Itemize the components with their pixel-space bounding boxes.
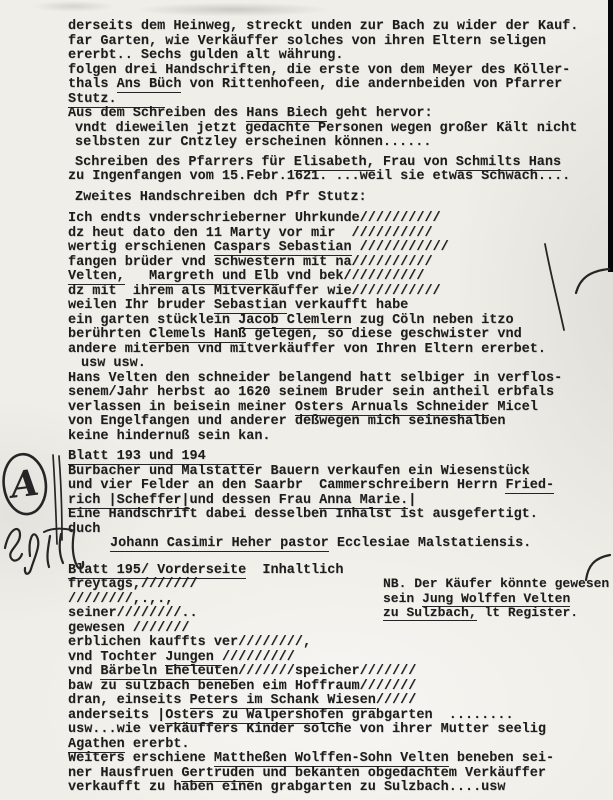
text-run: Aus dem Schreiben des: [68, 106, 246, 121]
document-line: keine hindernuß sein kan.: [68, 430, 608, 445]
document-line: Stutz.: [68, 93, 608, 108]
text-run: Ecclesiae Malstatiensis.: [329, 536, 532, 551]
document-line: andere miterben vnd mitverkäuffer von Ih…: [68, 343, 608, 358]
document-line: ein garten stücklein Jacob Clemlern zug …: [68, 314, 608, 329]
text-run: sein: [383, 591, 422, 606]
document-line: Agathen ererbt.: [68, 738, 608, 753]
document-line: usw usw.: [81, 357, 608, 372]
document-line: berührten Clemels Hanß gelegen, so diese…: [68, 328, 608, 343]
document-line: selbsten zur Cntzley erscheinen können..…: [75, 136, 608, 151]
text-run: anderseits |: [68, 708, 165, 723]
margin-emphasis-strokes: [48, 452, 66, 548]
document-line: Zweites Handschreiben dch Pfr Stutz:: [75, 191, 608, 206]
text-run: Inhaltlich: [246, 563, 343, 578]
text-run: dz mit ihrem als Mitverkäuffer wie//////…: [68, 284, 441, 299]
nb-note: NB. Der Käufer könnte gewesensein Jung W…: [383, 577, 609, 621]
text-run: geht hervor:: [327, 106, 432, 121]
text-run: far Garten, wie Verkäuffer solches von i…: [68, 34, 546, 49]
text-run: gewesen ///////: [68, 621, 190, 636]
text-run: berührten: [68, 327, 149, 342]
text-run: zu Ingenfangen vom 15.Febr.1621. ...weil…: [68, 169, 570, 184]
text-run: /////////: [222, 650, 295, 665]
document-line: dz mit ihrem als Mitverkäuffer wie//////…: [68, 285, 608, 300]
document-line: far Garten, wie Verkäuffer solches von i…: [68, 35, 608, 50]
text-run: und vier Felder an den Saarbr Cammerschr…: [68, 478, 505, 493]
text-run: Burbacher und Malstatter Bauern verkaufe…: [68, 464, 530, 479]
handwritten-scribble: [0, 512, 88, 576]
text-run: dz heut dato den 11 Marty vor mir //////…: [68, 226, 433, 241]
text-run: ner Hausfruen: [68, 766, 181, 781]
text-run: usw...wie verkäuffers Kinder solche von …: [68, 722, 546, 737]
text-run: und dessen Frau: [190, 493, 320, 508]
document-line: sein Jung Wolffen Velten: [383, 592, 609, 607]
text-run: gelegen, so diese geschwister vnd: [246, 327, 521, 342]
document-line: verlassen in beisein meiner Osters Arnua…: [68, 401, 608, 416]
underlined-text: Johann Casimir Heher pastor: [110, 536, 329, 552]
text-run: vnd Tochter: [68, 650, 165, 665]
text-run: ein garten stücklein: [68, 313, 238, 328]
text-run: baw zu sulzbach beneben eim Hoffraum////…: [68, 679, 416, 694]
document-line: Weiters erschiene Mattheßen Wolffen-Sohn…: [68, 752, 608, 767]
document-line: fangen brüder vnd schwestern mit na/////…: [68, 256, 608, 271]
document-line: verkaufft zu haben einen grabgarten zu S…: [68, 781, 608, 796]
document-line: vnd Tochter Jungen /////////: [68, 651, 608, 666]
document-line: rich |Scheffer|und dessen Frau Anna Mari…: [68, 494, 608, 509]
stray-pen-stroke: [538, 240, 570, 336]
text-run: Micel: [489, 400, 538, 415]
scanned-page: derseits dem Heinweg, streckt unden zur …: [0, 0, 613, 800]
text-run: grabgarten ........: [343, 708, 513, 723]
document-line: duch: [68, 523, 608, 538]
text-run: verkaufft zu haben einen grabgarten zu S…: [68, 780, 505, 795]
document-body: derseits dem Heinweg, streckt unden zur …: [68, 20, 608, 796]
document-line: von Engelfangen und anderer deßwegen mic…: [68, 415, 608, 430]
document-line: Hans Velten den schneider belangend hatt…: [68, 372, 608, 387]
text-run: vndt dieweilen jetzt gedachte Personen w…: [75, 121, 577, 136]
scan-curve-mark-upper: [572, 262, 612, 298]
scan-edge-artifact: [608, 0, 613, 272]
document-line: anderseits |Osters zu Walpershofen grabg…: [68, 709, 608, 724]
document-line: Velten, Margreth und Elb vnd bek////////…: [68, 270, 608, 285]
document-line: Eine Handschrift dabei desselben Inhalst…: [68, 508, 608, 523]
document-line: usw...wie verkäuffers Kinder solche von …: [68, 723, 608, 738]
document-line: Ich endts vnderschrieberner Uhrkunde////…: [68, 212, 608, 227]
text-run: dran, einseits: [68, 693, 190, 708]
document-line: gewesen ///////: [68, 622, 608, 637]
text-run: |: [408, 493, 416, 508]
text-run: lt Register.: [477, 605, 578, 620]
text-run: vnd bek//////////: [279, 269, 425, 284]
text-run: Schreiben des Pfarrers für: [75, 155, 294, 170]
text-run: zug Cöln neben itzo: [352, 313, 514, 328]
text-run: verlassen in beisein meiner: [68, 400, 295, 415]
underlined-text: Ans Büch: [117, 77, 182, 93]
text-run: keine hindernuß sein kan.: [68, 429, 271, 444]
scan-curve-mark-lower: [584, 550, 613, 584]
text-run: ///////speicher///////: [238, 664, 416, 679]
document-line: thals Ans Büch von Rittenhofeen, die and…: [68, 78, 608, 93]
document-line: vndt dieweilen jetzt gedachte Personen w…: [75, 122, 608, 137]
text-run: beneben sei-: [449, 751, 554, 766]
circled-letter-glyph: A: [5, 462, 41, 507]
document-line: Johann Casimir Heher pastor Ecclesiae Ma…: [110, 537, 608, 552]
document-line: senem/Jahr herbst ao 1620 seinem Bruder …: [68, 386, 608, 401]
text-run: seiner////////..: [68, 606, 198, 621]
text-run: von Engelfangen und anderer deßwegen mic…: [68, 414, 505, 429]
text-run: folgen drei Handschriften, die erste von…: [68, 63, 570, 78]
text-run: Zweites Handschreiben dch Pfr Stutz:: [75, 190, 367, 205]
text-run: ererbt.. Sechs gulden alt währung.: [68, 48, 343, 63]
document-line: dz heut dato den 11 Marty vor mir //////…: [68, 227, 608, 242]
document-line: Blatt 193 und 194: [68, 450, 608, 465]
text-run: fangen brüder vnd schwestern mit na/////…: [68, 255, 433, 270]
text-run: usw usw.: [81, 356, 146, 371]
text-run: senem/Jahr herbst ao 1620 seinem Bruder …: [68, 385, 554, 400]
text-run: thals: [68, 77, 117, 92]
text-run: ererbt.: [125, 737, 190, 752]
text-run: /////: [376, 693, 417, 708]
text-run: derseits dem Heinweg, streckt unden zur …: [68, 19, 578, 34]
text-run: wertig erschienen: [68, 240, 214, 255]
document-line: wertig erschienen Caspars Sebastian ////…: [68, 241, 608, 256]
text-run: von Rittenhofeen, die andernbeiden von P…: [181, 77, 562, 92]
text-run: freytags,///////: [68, 577, 198, 592]
text-run: vnd: [68, 664, 100, 679]
text-run: Frau von: [375, 155, 456, 170]
document-line: derseits dem Heinweg, streckt unden zur …: [68, 20, 608, 35]
text-run: weilen Ihr bruder: [68, 298, 214, 313]
text-run: NB. Der Käufer könnte gewesen: [383, 576, 609, 591]
document-line: erblichen kauffts ver////////,: [68, 636, 608, 651]
text-run: Ich endts vnderschrieberner Uhrkunde////…: [68, 211, 441, 226]
document-line: weilen Ihr bruder Sebastian verkaufft ha…: [68, 299, 608, 314]
document-line: zu Ingenfangen vom 15.Febr.1621. ...weil…: [68, 170, 608, 185]
document-line: und vier Felder an den Saarbr Cammerschr…: [68, 479, 608, 494]
text-run: Hans Velten den schneider belangend hatt…: [68, 371, 562, 386]
document-line: dran, einseits Peters im Schank Wiesen//…: [68, 694, 608, 709]
document-line: ererbt.. Sechs gulden alt währung.: [68, 49, 608, 64]
document-line: Schreiben des Pfarrers für Elisabeth, Fr…: [75, 156, 608, 171]
document-line: NB. Der Käufer könnte gewesen: [383, 577, 609, 592]
text-run: ////////,.,.,: [68, 592, 173, 607]
text-run: selbsten zur Cntzley erscheinen können..…: [75, 135, 431, 150]
text-run: Weiters erschiene: [68, 751, 214, 766]
underlined-text: zu Sulzbach,: [383, 605, 477, 621]
document-line: folgen drei Handschriften, die erste von…: [68, 64, 608, 79]
text-run: [125, 269, 149, 284]
document-line: baw zu sulzbach beneben eim Hoffraum////…: [68, 680, 608, 695]
document-line: Burbacher und Malstatter Bauern verkaufe…: [68, 465, 608, 480]
text-run: ///////////: [352, 240, 449, 255]
document-line: ner Hausfruen Gertruden und bekanten obg…: [68, 767, 608, 782]
document-line: zu Sulzbach, lt Register.: [383, 606, 609, 621]
text-run: andere miterben vnd mitverkäuffer von Ih…: [68, 342, 546, 357]
underlined-text: Fried-: [505, 478, 554, 494]
text-run: erblichen kauffts ver////////,: [68, 635, 311, 650]
document-line: Aus dem Schreiben des Hans Biech geht he…: [68, 107, 608, 122]
text-run: verkaufft habe: [287, 298, 409, 313]
text-run: Eine Handschrift dabei desselben Inhalst…: [68, 507, 538, 522]
text-run: und bekanten obgedachtem Verkäuffer: [254, 766, 546, 781]
document-line: vnd Bärbeln Eheleuten///////speicher////…: [68, 665, 608, 680]
